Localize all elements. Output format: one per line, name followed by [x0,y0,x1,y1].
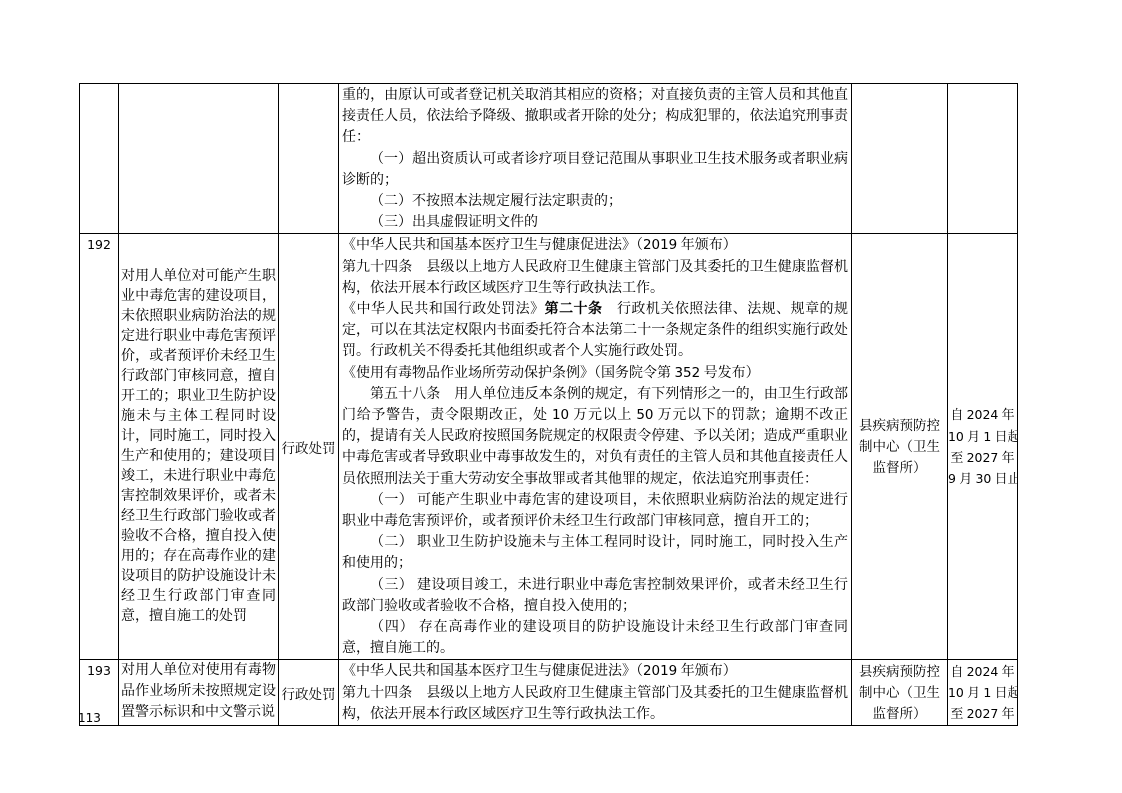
legal-paragraph: 第九十四条 县级以上地方人民政府卫生健康主管部门及其委托的卫生健康监督机构，依法… [342,257,848,299]
date-line: 9 月 30 日止 [948,468,1017,489]
violation-desc-cell: 对用人单位对使用有毒物品作业场所未按照规定设置警示标识和中文警示说 [119,660,279,726]
date-line: 10 月 1 日起 [948,426,1017,447]
legal-paragraph: （三）出具虚假证明文件的 [342,212,848,233]
violation-desc-cell: 对用人单位对可能产生职业中毒危害的建设项目，未依照职业病防治法的规定进行职业中毒… [119,234,279,660]
date-line: 自 2024 年 [948,661,1017,682]
date-line: 至 2027 年 [948,703,1017,724]
violation-desc: 对用人单位对使用有毒物品作业场所未按照规定设置警示标识和中文警示说 [121,660,276,723]
table-row-continuation: 重的，由原认可或者登记机关取消其相应的资格；对直接负责的主管人员和其他直接责任人… [80,84,1018,234]
legal-article-bold: 第二十条 [545,302,603,317]
legal-paragraph: 《中华人民共和国基本医疗卫生与健康促进法》（2019 年颁布） [342,661,848,682]
penalty-table: 重的，由原认可或者登记机关取消其相应的资格；对直接负责的主管人员和其他直接责任人… [79,83,1018,726]
penalty-type-cell-empty [279,84,339,234]
date-range-cell: 自 2024 年 10 月 1 日起 至 2027 年 9 月 30 日止 [948,234,1018,660]
legal-paragraph: （二） 职业卫生防护设施未与主体工程同时设计，同时施工，同时投入生产和使用的； [342,532,848,574]
violation-desc: 对用人单位对可能产生职业中毒危害的建设项目，未依照职业病防治法的规定进行职业中毒… [121,267,276,627]
row-number-cell-empty [80,84,119,234]
date-line: 10 月 1 日起 [948,682,1017,703]
legal-paragraph: （二）不按照本法规定履行法定职责的； [342,191,848,212]
legal-paragraph: （三） 建设项目竣工，未进行职业中毒危害控制效果评价，或者未经卫生行政部门验收或… [342,575,848,617]
legal-paragraph: 《中华人民共和国基本医疗卫生与健康促进法》（2019 年颁布） [342,235,848,256]
legal-basis-cell: 《中华人民共和国基本医疗卫生与健康促进法》（2019 年颁布） 第九十四条 县级… [339,660,852,726]
date-line: 自 2024 年 [948,404,1017,425]
table-row-192: 192 对用人单位对可能产生职业中毒危害的建设项目，未依照职业病防治法的规定进行… [80,234,1018,660]
page-number: 113 [78,710,101,725]
org-cell-empty [852,84,948,234]
legal-paragraph: （四） 存在高毒作业的建设项目的防护设施设计未经卫生行政部门审查同意，擅自施工的… [342,617,848,659]
penalty-type: 行政处罚 [279,234,339,660]
date-line: 至 2027 年 [948,447,1017,468]
org-name: 县疾病预防控制中心（卫生监督所） [853,661,946,724]
legal-paragraph: （一）超出资质认可或者诊疗项目登记范围从事职业卫生技术服务或者职业病诊断的； [342,149,848,191]
legal-paragraph: 第五十八条 用人单位违反本条例的规定，有下列情形之一的，由卫生行政部门给予警告，… [342,384,848,490]
legal-paragraph: （一） 可能产生职业中毒危害的建设项目，未依照职业病防治法的规定进行职业中毒危害… [342,490,848,532]
row-number: 192 [80,234,119,660]
org-cell: 县疾病预防控制中心（卫生监督所） [852,234,948,660]
legal-paragraph: 重的，由原认可或者登记机关取消其相应的资格；对直接负责的主管人员和其他直接责任人… [342,85,848,149]
penalty-type: 行政处罚 [279,660,339,726]
document-page: 重的，由原认可或者登记机关取消其相应的资格；对直接负责的主管人员和其他直接责任人… [0,0,1122,793]
legal-paragraph: 《使用有毒物品作业场所劳动保护条例》（国务院令第 352 号发布） [342,363,848,384]
legal-basis-cell: 《中华人民共和国基本医疗卫生与健康促进法》（2019 年颁布） 第九十四条 县级… [339,234,852,660]
org-name: 县疾病预防控制中心（卫生监督所） [853,415,946,478]
legal-paragraph: 《中华人民共和国行政处罚法》第二十条 行政机关依照法律、法规、规章的规定，可以在… [342,299,848,363]
org-cell: 县疾病预防控制中心（卫生监督所） [852,660,948,726]
legal-paragraph: 第九十四条 县级以上地方人民政府卫生健康主管部门及其委托的卫生健康监督机构，依法… [342,683,848,725]
violation-desc-cell-empty [119,84,279,234]
date-range-cell-empty [948,84,1018,234]
legal-basis-cell: 重的，由原认可或者登记机关取消其相应的资格；对直接负责的主管人员和其他直接责任人… [339,84,852,234]
legal-text: 《中华人民共和国行政处罚法》 [342,302,545,317]
date-range-cell: 自 2024 年 10 月 1 日起 至 2027 年 [948,660,1018,726]
table-row-193: 193 对用人单位对使用有毒物品作业场所未按照规定设置警示标识和中文警示说 行政… [80,660,1018,726]
